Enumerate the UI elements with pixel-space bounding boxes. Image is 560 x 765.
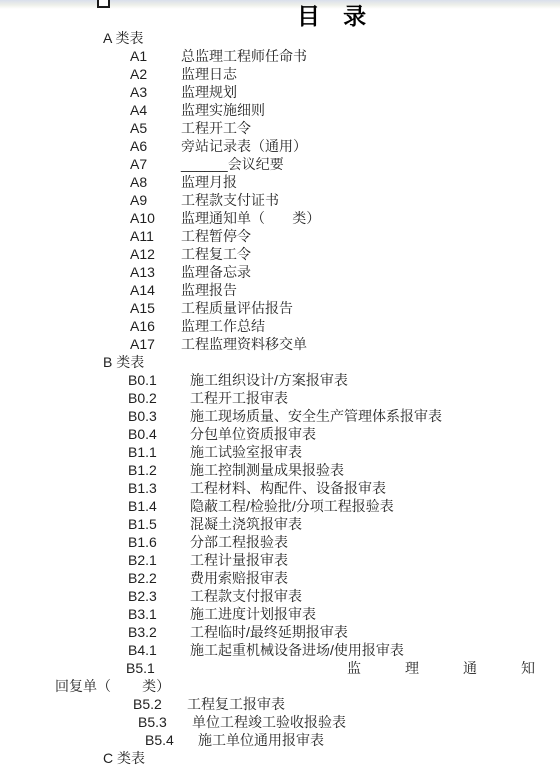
item-label: 工程质量评估报告 [181, 299, 293, 317]
item-label: 施工组织设计/方案报审表 [190, 371, 348, 389]
toc-row: B3.2工程临时/最终延期报审表 [0, 623, 560, 641]
item-label: 监理工作总结 [181, 317, 265, 335]
toc-row: B0.1施工组织设计/方案报审表 [0, 371, 560, 389]
toc-row: A13监理备忘录 [0, 263, 560, 281]
item-label: 工程款支付报审表 [190, 587, 302, 605]
item-code: B0.3 [128, 407, 157, 425]
item-code: B4.1 [128, 641, 157, 659]
item-label: 工程材料、构配件、设备报审表 [190, 479, 386, 497]
item-label: 单位工程竣工验收报验表 [192, 713, 346, 731]
item-code: B1.6 [128, 533, 157, 551]
item-code: A10 [130, 209, 155, 227]
item-code: A4 [130, 101, 147, 119]
toc-row: B0.4分包单位资质报审表 [0, 425, 560, 443]
item-label: 施工起重机械设备进场/使用报审表 [190, 641, 404, 659]
item-code: B1.4 [128, 497, 157, 515]
section-header: A 类表 [0, 29, 560, 47]
item-code: A11 [130, 227, 154, 245]
toc-row: B1.5混凝土浇筑报审表 [0, 515, 560, 533]
toc-row: A5工程开工令 [0, 119, 560, 137]
toc-row: A16监理工作总结 [0, 317, 560, 335]
item-label: 施工进度计划报审表 [190, 605, 316, 623]
toc-section: C 类表 [0, 749, 560, 765]
toc-row: B1.1施工试验室报审表 [0, 443, 560, 461]
toc-row: B1.3工程材料、构配件、设备报审表 [0, 479, 560, 497]
item-label: 施工控制测量成果报验表 [190, 461, 344, 479]
item-label: 施工试验室报审表 [190, 443, 302, 461]
item-code: B3.2 [128, 623, 157, 641]
toc-row: A4监理实施细则 [0, 101, 560, 119]
toc-row: B2.2费用索赔报审表 [0, 569, 560, 587]
item-code: A2 [130, 65, 147, 83]
item-code: A9 [130, 191, 147, 209]
item-label: 工程监理资料移交单 [181, 335, 307, 353]
item-label: 分部工程报验表 [190, 533, 288, 551]
toc-row: B4.1施工起重机械设备进场/使用报审表 [0, 641, 560, 659]
item-code: A15 [130, 299, 155, 317]
item-code: B5.4 [145, 731, 174, 749]
toc-row: B5.2工程复工报审表 [0, 695, 560, 713]
item-label: 隐蔽工程/检验批/分项工程报验表 [190, 497, 394, 515]
item-code: A14 [130, 281, 155, 299]
item-code: B2.1 [128, 551, 157, 569]
item-label: 费用索赔报审表 [190, 569, 288, 587]
item-code: B2.3 [128, 587, 157, 605]
toc-row: B2.3工程款支付报审表 [0, 587, 560, 605]
toc-row: B0.2工程开工报审表 [0, 389, 560, 407]
toc-section: B 类表B0.1施工组织设计/方案报审表B0.2工程开工报审表B0.3施工现场质… [0, 353, 560, 749]
item-label: 监理报告 [181, 281, 237, 299]
document-page: 目 录 A 类表A1总监理工程师任命书A2监理日志A3监理规划A4监理实施细则A… [0, 0, 560, 765]
page-anchor-box [97, 0, 110, 8]
item-label: 监理规划 [181, 83, 237, 101]
item-code: B1.2 [128, 461, 157, 479]
toc-row: A7______会议纪要 [0, 155, 560, 173]
item-label: 监理日志 [181, 65, 237, 83]
toc-row: B0.3施工现场质量、安全生产管理体系报审表 [0, 407, 560, 425]
item-label: ______会议纪要 [181, 155, 284, 173]
item-code: A16 [130, 317, 155, 335]
item-code: B2.2 [128, 569, 157, 587]
toc-row: B3.1施工进度计划报审表 [0, 605, 560, 623]
section-header: B 类表 [0, 353, 560, 371]
toc-row: A10监理通知单（ 类） [0, 209, 560, 227]
item-code: A13 [130, 263, 155, 281]
item-label: 工程暂停令 [181, 227, 251, 245]
item-label: 工程临时/最终延期报审表 [190, 623, 348, 641]
item-label: 工程计量报审表 [190, 551, 288, 569]
toc-row: A8监理月报 [0, 173, 560, 191]
toc-row: A15工程质量评估报告 [0, 299, 560, 317]
toc-row: B2.1工程计量报审表 [0, 551, 560, 569]
toc-section: A 类表A1总监理工程师任命书A2监理日志A3监理规划A4监理实施细则A5工程开… [0, 29, 560, 353]
item-label: 总监理工程师任命书 [181, 47, 307, 65]
toc-row: B5.3单位工程竣工验收报验表 [0, 713, 560, 731]
toc-row: A11工程暂停令 [0, 227, 560, 245]
item-code: A7 [130, 155, 147, 173]
item-label: 旁站记录表（通用） [181, 137, 307, 155]
item-label: 施工现场质量、安全生产管理体系报审表 [190, 407, 442, 425]
item-code: A17 [130, 335, 155, 353]
item-code: A12 [130, 245, 155, 263]
item-label: 工程复工报审表 [187, 695, 285, 713]
item-label: 监理月报 [181, 173, 237, 191]
item-code: B5.2 [133, 695, 162, 713]
item-label-wrap: 回复单（ 类） [55, 677, 170, 695]
item-code: B1.5 [128, 515, 157, 533]
item-label: 工程开工令 [181, 119, 251, 137]
toc-row: B1.2施工控制测量成果报验表 [0, 461, 560, 479]
item-label: 工程款支付证书 [181, 191, 279, 209]
toc-row: A17工程监理资料移交单 [0, 335, 560, 353]
item-label: 监理通知单（ 类） [181, 209, 320, 227]
item-label: 分包单位资质报审表 [190, 425, 316, 443]
item-code: A5 [130, 119, 147, 137]
item-label: 工程复工令 [181, 245, 251, 263]
item-code: B1.1 [128, 443, 157, 461]
toc: A 类表A1总监理工程师任命书A2监理日志A3监理规划A4监理实施细则A5工程开… [0, 29, 560, 765]
item-label: 工程开工报审表 [190, 389, 288, 407]
toc-row: A14监理报告 [0, 281, 560, 299]
item-label: 施工单位通用报审表 [198, 731, 324, 749]
toc-row: A1总监理工程师任命书 [0, 47, 560, 65]
item-code: B0.1 [128, 371, 157, 389]
page-title: 目 录 [297, 4, 367, 29]
toc-row-wrap: 回复单（ 类） [0, 677, 560, 695]
toc-row: B1.4隐蔽工程/检验批/分项工程报验表 [0, 497, 560, 515]
item-label: 混凝土浇筑报审表 [190, 515, 302, 533]
toc-row: A6旁站记录表（通用） [0, 137, 560, 155]
toc-row: A3监理规划 [0, 83, 560, 101]
item-code: B3.1 [128, 605, 157, 623]
toc-row: B5.1监 理 通 知 [0, 659, 560, 677]
page-top-edge [0, 0, 560, 9]
item-code: A6 [130, 137, 147, 155]
item-label: 监 理 通 知 [347, 659, 535, 677]
item-code: A8 [130, 173, 147, 191]
section-header: C 类表 [0, 749, 560, 765]
item-code: B1.3 [128, 479, 157, 497]
item-code: B0.4 [128, 425, 157, 443]
item-code: B5.1 [126, 659, 155, 677]
toc-row: B1.6分部工程报验表 [0, 533, 560, 551]
item-code: A3 [130, 83, 147, 101]
item-code: B0.2 [128, 389, 157, 407]
item-label: 监理备忘录 [181, 263, 251, 281]
item-code: A1 [130, 47, 147, 65]
toc-row: A9工程款支付证书 [0, 191, 560, 209]
item-code: B5.3 [138, 713, 167, 731]
toc-row: A2监理日志 [0, 65, 560, 83]
item-label: 监理实施细则 [181, 101, 265, 119]
toc-row: A12工程复工令 [0, 245, 560, 263]
toc-row: B5.4施工单位通用报审表 [0, 731, 560, 749]
